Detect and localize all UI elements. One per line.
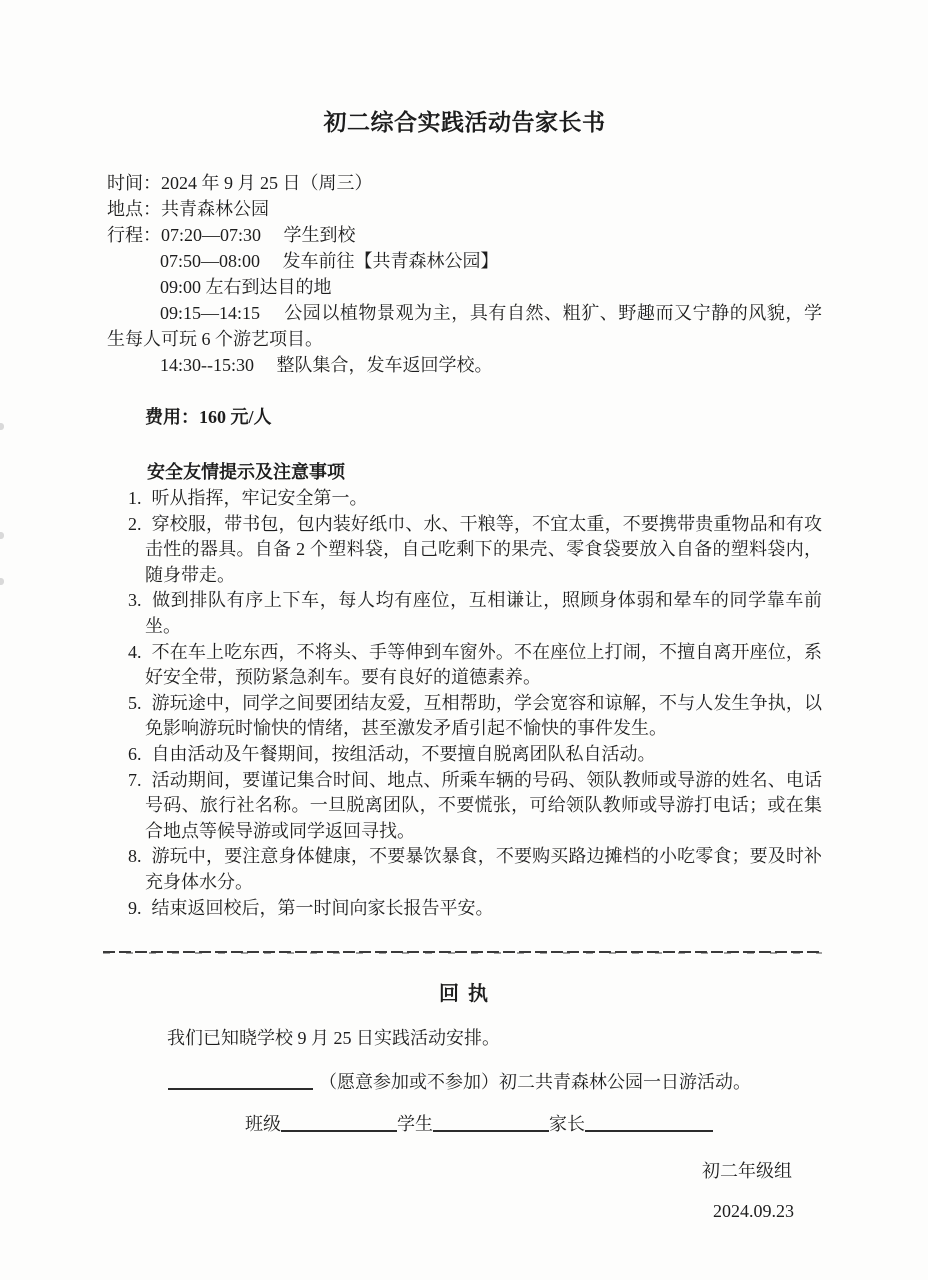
safety-item-number: 2. bbox=[128, 514, 142, 534]
parent-field-blank bbox=[585, 1112, 713, 1132]
document-title: 初二综合实践活动告家长书 bbox=[107, 108, 822, 138]
itinerary-entry: 07:20—07:30 学生到校 bbox=[161, 225, 356, 245]
class-field-blank bbox=[281, 1112, 397, 1132]
meta-location-value: 共青森林公园 bbox=[161, 199, 269, 219]
itinerary-line: 09:00 左右到达目的地 bbox=[107, 274, 822, 300]
safety-item: 4.不在车上吃东西，不将头、手等伸到车窗外。不在座位上打闹，不擅自离开座位，系好… bbox=[128, 640, 822, 691]
participation-blank bbox=[168, 1070, 313, 1090]
meta-time-label: 时间： bbox=[107, 173, 161, 193]
signature-fields-row: 班级学生家长 bbox=[245, 1110, 822, 1138]
tear-line bbox=[103, 951, 822, 954]
meta-time: 时间：2024 年 9 月 25 日（周三） bbox=[107, 170, 822, 196]
scan-artifact bbox=[0, 423, 4, 430]
itinerary-line: 07:50—08:00 发车前往【共青森林公园】 bbox=[107, 248, 822, 274]
fee-value: 160 元/人 bbox=[199, 407, 272, 427]
safety-item: 3.做到排队有序上下车，每人均有座位，互相谦让，照顾身体弱和晕车的同学靠车前坐。 bbox=[128, 588, 822, 639]
signature-date: 2024.09.23 bbox=[107, 1198, 822, 1224]
safety-item-number: 1. bbox=[128, 488, 142, 508]
safety-item-text: 活动期间，要谨记集合时间、地点、所乘车辆的号码、领队教师或导游的姓名、电话号码、… bbox=[145, 770, 822, 841]
safety-item-text: 穿校服，带书包，包内装好纸巾、水、干粮等，不宜太重，不要携带贵重物品和有攻击性的… bbox=[145, 514, 822, 585]
safety-item: 5.游玩途中，同学之间要团结友爱，互相帮助，学会宽容和谅解，不与人发生争执，以免… bbox=[128, 691, 822, 742]
safety-item: 9.结束返回校后，第一时间向家长报告平安。 bbox=[128, 896, 822, 922]
safety-item-text: 自由活动及午餐期间，按组活动，不要擅自脱离团队私自活动。 bbox=[152, 744, 656, 764]
meta-time-value: 2024 年 9 月 25 日（周三） bbox=[161, 173, 373, 193]
safety-item-number: 4. bbox=[128, 642, 142, 662]
signature-group: 初二年级组 bbox=[107, 1158, 822, 1184]
safety-item: 7.活动期间，要谨记集合时间、地点、所乘车辆的号码、领队教师或导游的姓名、电话号… bbox=[128, 768, 822, 845]
safety-item-number: 8. bbox=[128, 846, 142, 866]
safety-heading: 安全友情提示及注意事项 bbox=[147, 458, 822, 486]
safety-item-number: 3. bbox=[128, 590, 142, 610]
safety-item-text: 不在车上吃东西，不将头、手等伸到车窗外。不在座位上打闹，不擅自离开座位，系好安全… bbox=[145, 642, 822, 688]
meta-location-label: 地点： bbox=[107, 199, 161, 219]
class-field-label: 班级 bbox=[245, 1114, 281, 1134]
itinerary-line: 09:15—14:15 公园以植物景观为主，具有自然、粗犷、野趣而又宁静的风貌，… bbox=[107, 300, 822, 352]
safety-item-number: 5. bbox=[128, 693, 142, 713]
meta-block: 时间：2024 年 9 月 25 日（周三） 地点：共青森林公园 行程：07:2… bbox=[107, 170, 822, 378]
safety-item: 1.听从指挥，牢记安全第一。 bbox=[128, 486, 822, 512]
safety-item: 6.自由活动及午餐期间，按组活动，不要擅自脱离团队私自活动。 bbox=[128, 742, 822, 768]
itinerary-line: 行程：07:20—07:30 学生到校 bbox=[107, 222, 822, 248]
safety-item: 2.穿校服，带书包，包内装好纸巾、水、干粮等，不宜太重，不要携带贵重物品和有攻击… bbox=[128, 512, 822, 589]
itinerary-line: 14:30--15:30 整队集合，发车返回学校。 bbox=[107, 352, 822, 378]
safety-item-text: 游玩途中，同学之间要团结友爱，互相帮助，学会宽容和谅解，不与人发生争执，以免影响… bbox=[145, 693, 822, 739]
scan-artifact bbox=[0, 532, 4, 539]
meta-location: 地点：共青森林公园 bbox=[107, 196, 822, 222]
student-field-blank bbox=[433, 1112, 549, 1132]
fee-line: 费用：160 元/人 bbox=[145, 404, 822, 430]
safety-list: 1.听从指挥，牢记安全第一。 2.穿校服，带书包，包内装好纸巾、水、干粮等，不宜… bbox=[107, 486, 822, 921]
fee-label: 费用： bbox=[145, 407, 199, 427]
safety-item: 8.游玩中，要注意身体健康，不要暴饮暴食，不要购买路边摊档的小吃零食；要及时补充… bbox=[128, 844, 822, 895]
document-body: 初二综合实践活动告家长书 时间：2024 年 9 月 25 日（周三） 地点：共… bbox=[107, 0, 822, 1224]
receipt-acknowledgement: 我们已知晓学校 9 月 25 日实践活动安排。 bbox=[167, 1024, 822, 1052]
safety-item-number: 6. bbox=[128, 744, 142, 764]
safety-item-text: 做到排队有序上下车，每人均有座位，互相谦让，照顾身体弱和晕车的同学靠车前坐。 bbox=[145, 590, 822, 636]
safety-item-text: 听从指挥，牢记安全第一。 bbox=[152, 488, 368, 508]
safety-item-number: 7. bbox=[128, 770, 142, 790]
parent-field-label: 家长 bbox=[549, 1114, 585, 1134]
receipt-heading: 回 执 bbox=[107, 980, 822, 1008]
receipt-choice-line: （愿意参加或不参加）初二共青森林公园一日游活动。 bbox=[168, 1068, 822, 1096]
scan-artifact bbox=[0, 578, 4, 585]
safety-item-text: 结束返回校后，第一时间向家长报告平安。 bbox=[152, 898, 494, 918]
scanned-document-page: 初二综合实践活动告家长书 时间：2024 年 9 月 25 日（周三） 地点：共… bbox=[0, 0, 928, 1280]
participation-note: （愿意参加或不参加）初二共青森林公园一日游活动。 bbox=[319, 1072, 751, 1092]
safety-item-text: 游玩中，要注意身体健康，不要暴饮暴食，不要购买路边摊档的小吃零食；要及时补充身体… bbox=[145, 846, 822, 892]
safety-item-number: 9. bbox=[128, 898, 142, 918]
itinerary-label: 行程： bbox=[107, 225, 161, 245]
student-field-label: 学生 bbox=[397, 1114, 433, 1134]
